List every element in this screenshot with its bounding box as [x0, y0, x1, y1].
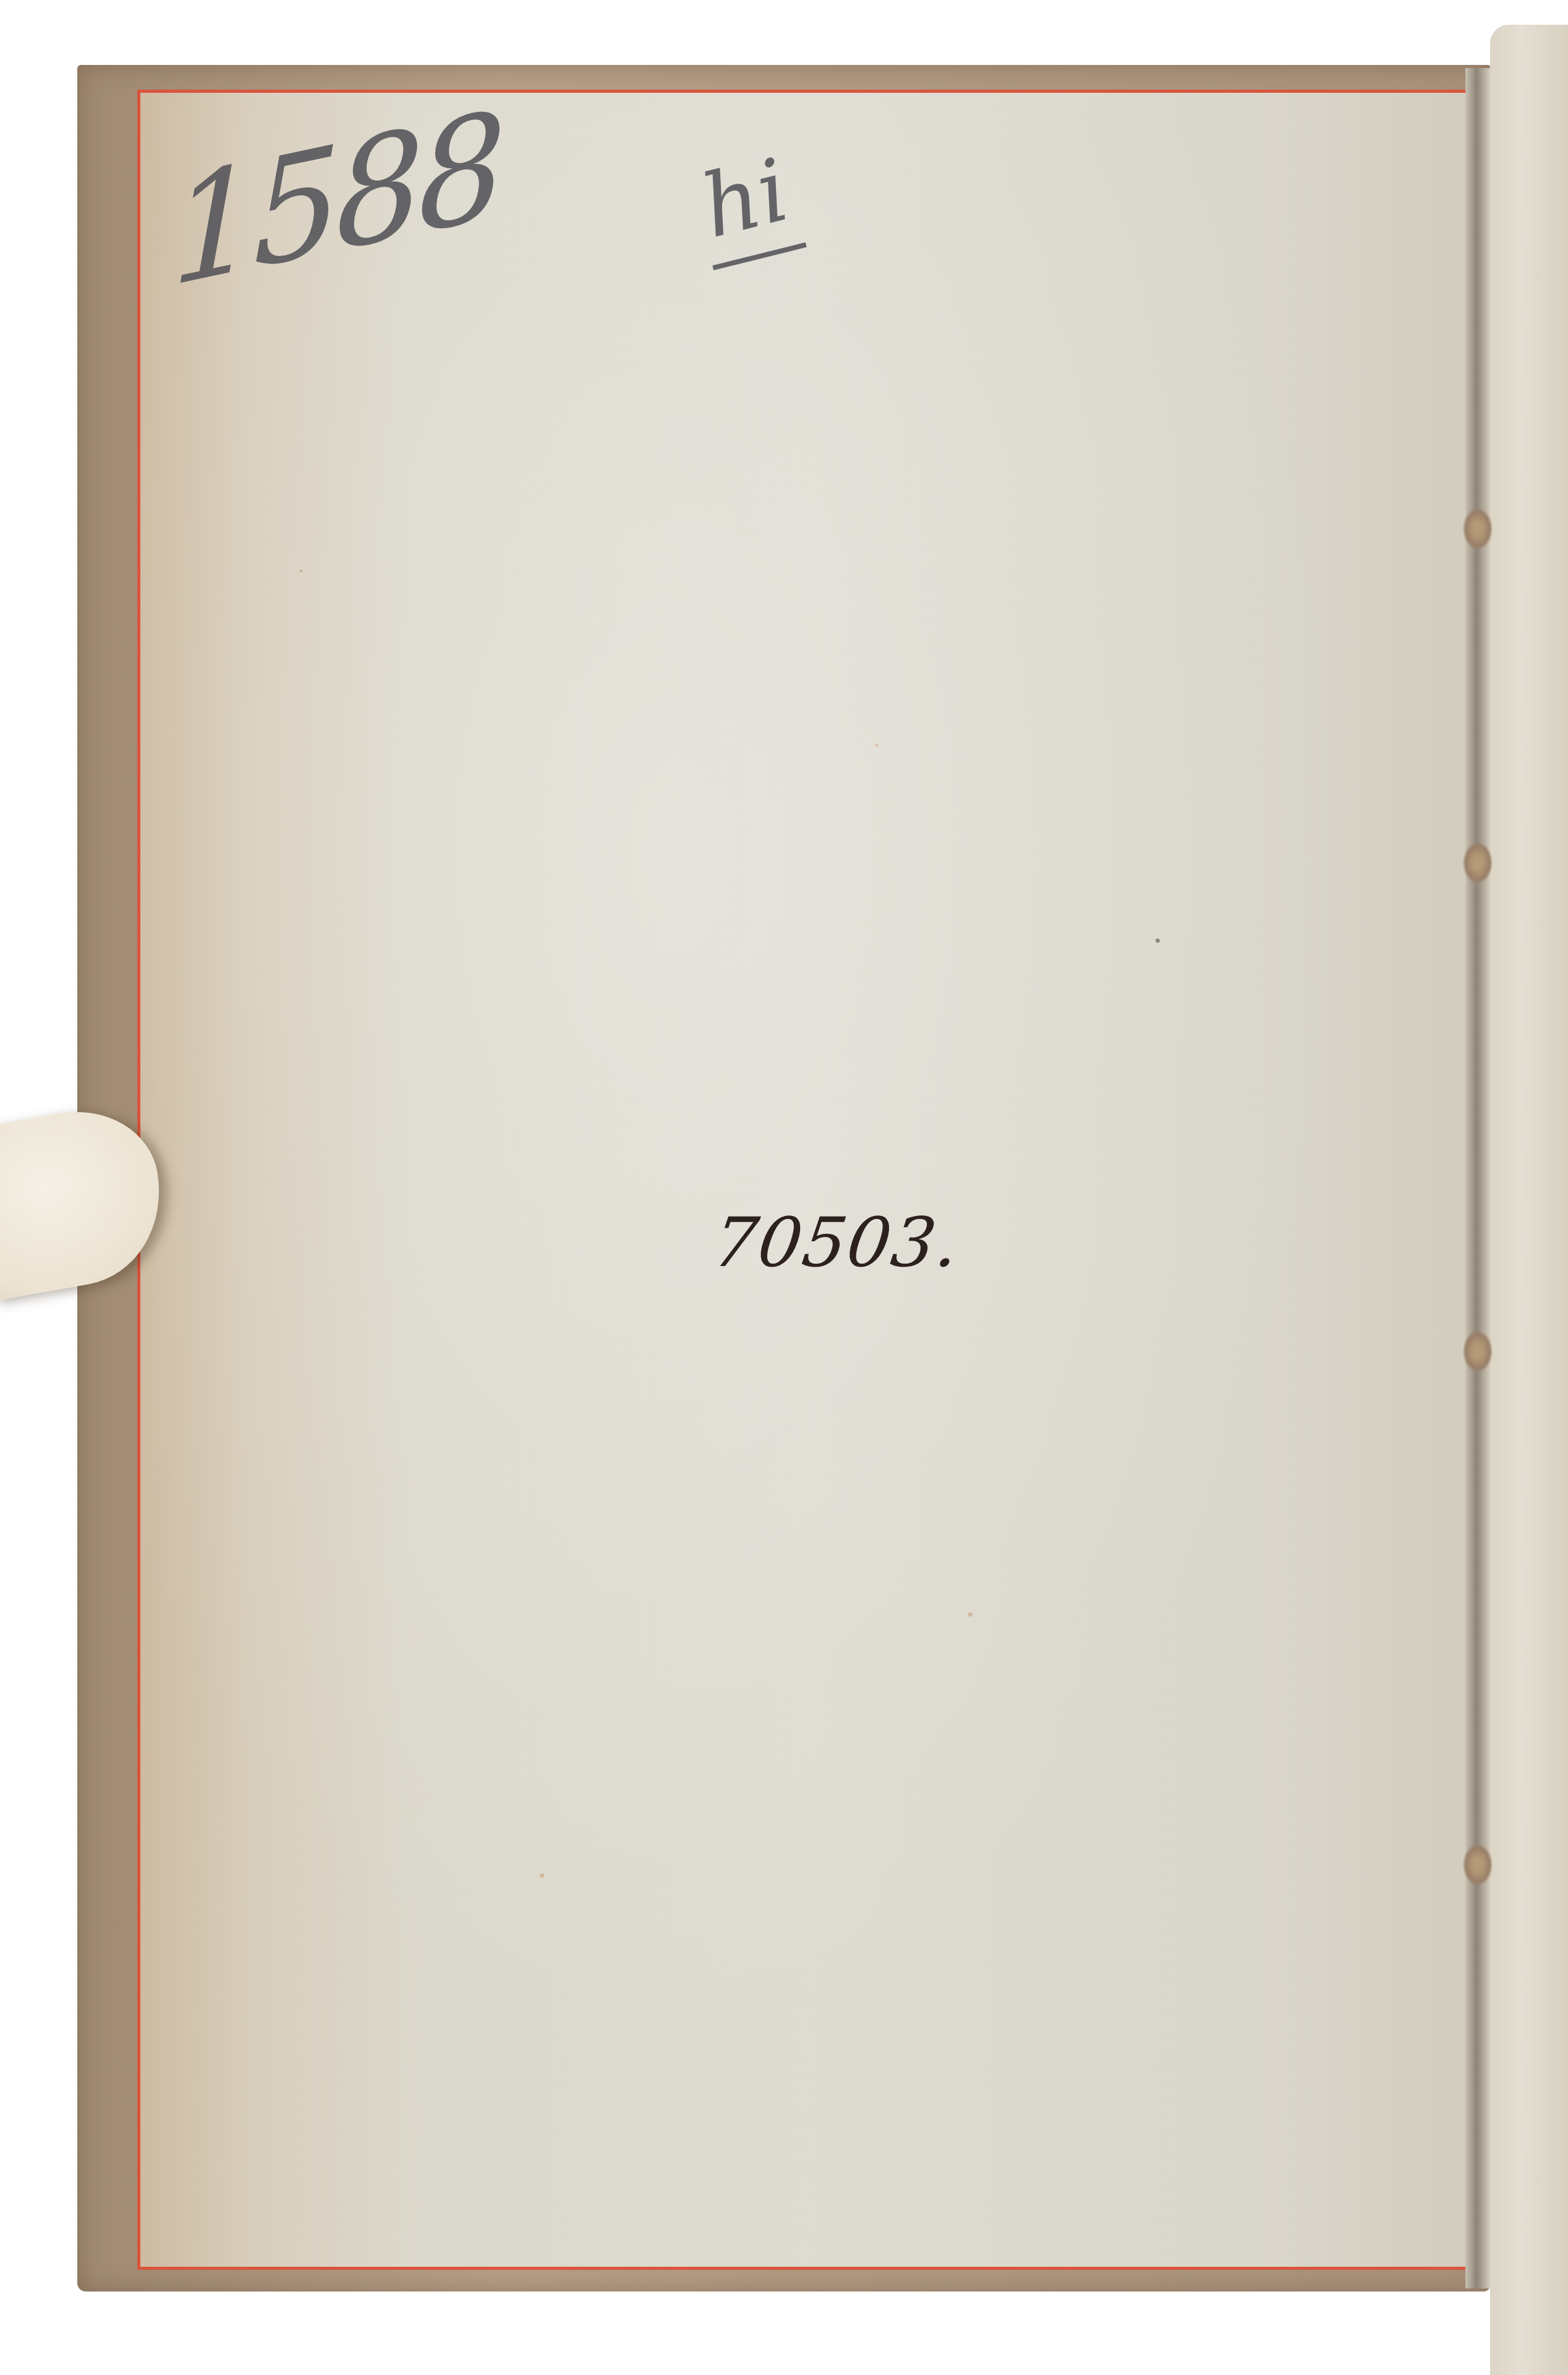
- sewing-station: [1462, 841, 1493, 884]
- ink-number-inscription: 70503.: [709, 1203, 965, 1282]
- pastedown-page: [137, 90, 1479, 2270]
- facing-leaf: [1490, 25, 1568, 2375]
- spine-gutter: [1465, 68, 1490, 2288]
- sewing-station: [1462, 507, 1493, 550]
- sewing-station: [1462, 1843, 1493, 1886]
- sewing-station: [1462, 1330, 1493, 1373]
